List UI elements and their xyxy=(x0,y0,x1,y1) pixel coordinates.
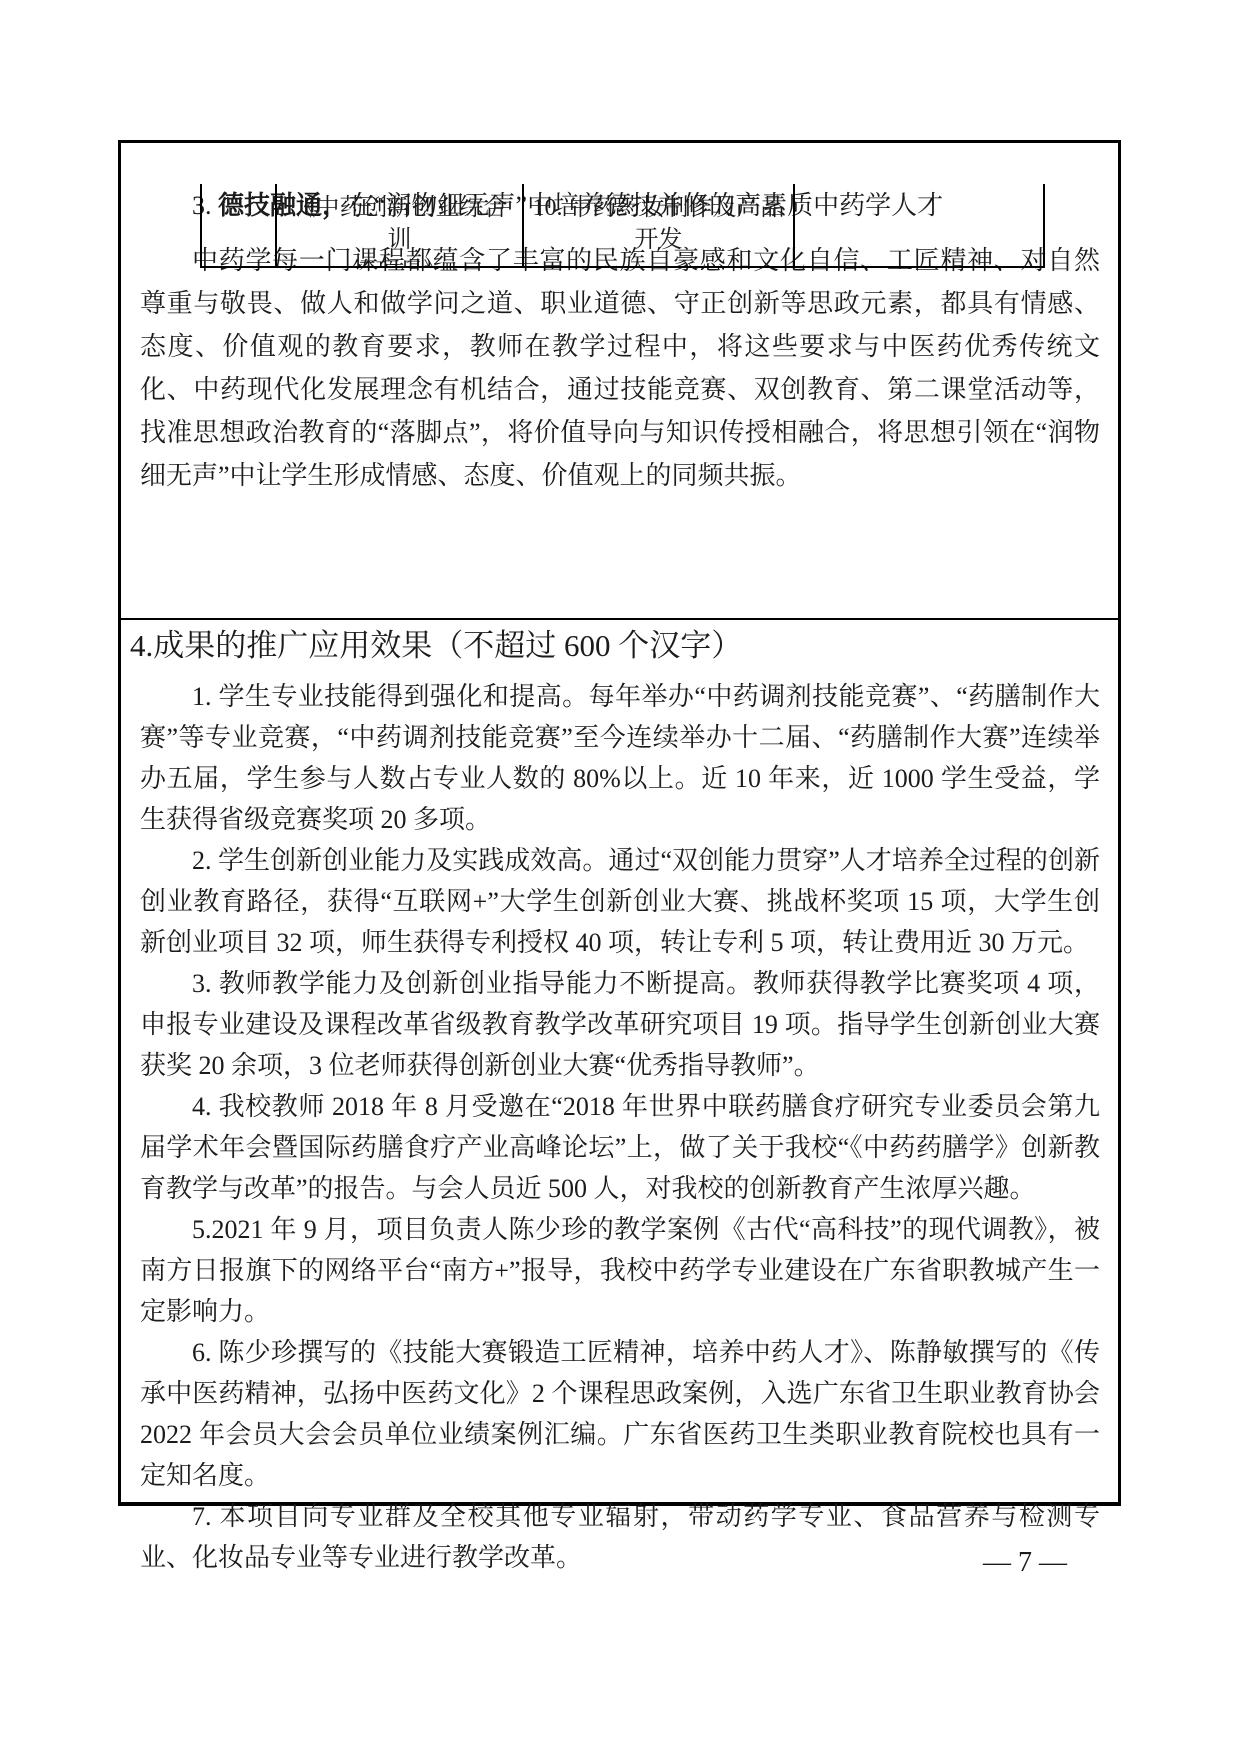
section4-paragraph-2: 2. 学生创新创业能力及实践成效高。通过“双创能力贯穿”人才培养全过程的创新创业… xyxy=(140,840,1100,963)
section4-paragraph-5: 5.2021 年 9 月，项目负责人陈少珍的教学案例《古代“高科技”的现代调教》… xyxy=(140,1209,1100,1332)
course-table-fragment: 《中药创新创业综合训 练项目》 10. 中药药妆制作及产品 开发 xyxy=(200,184,1045,268)
section4-paragraph-4: 4. 我校教师 2018 年 8 月受邀在“2018 年世界中联药膳食疗研究专业… xyxy=(140,1086,1100,1209)
section4-paragraph-1: 1. 学生专业技能得到强化和提高。每年举办“中药调剂技能竞赛”、“药膳制作大赛”… xyxy=(140,676,1100,840)
table-cell-empty-left xyxy=(202,184,277,266)
table-cell-empty-right xyxy=(795,184,1043,266)
table-cell-project-item: 10. 中药药妆制作及产品 开发 xyxy=(524,184,795,266)
form-table: 《中药创新创业综合训 练项目》 10. 中药药妆制作及产品 开发 3. 德技融通… xyxy=(118,140,1121,1506)
section4-paragraph-6: 6. 陈少珍撰写的《技能大赛锻造工匠精神，培养中药人才》、陈静敏撰写的《传承中医… xyxy=(140,1332,1100,1496)
section3-paragraph: 中药学每一门课程都蕴含了丰富的民族自豪感和文化自信、工匠精神、对自然尊重与敬畏、… xyxy=(140,239,1100,497)
page-number: — 7 — xyxy=(950,1545,1100,1581)
section3-cell: 《中药创新创业综合训 练项目》 10. 中药药妆制作及产品 开发 3. 德技融通… xyxy=(121,184,1118,618)
section4-paragraph-3: 3. 教师教学能力及创新创业指导能力不断提高。教师获得教学比赛奖项 4 项，申报… xyxy=(140,963,1100,1086)
section4-cell: 4.成果的推广应用效果（不超过 600 个汉字） 1. 学生专业技能得到强化和提… xyxy=(121,618,1118,1578)
section4-title: 4.成果的推广应用效果（不超过 600 个汉字） xyxy=(130,623,1102,669)
table-cell-course-title: 《中药创新创业综合训 练项目》 xyxy=(277,184,524,266)
document-page: 《中药创新创业综合训 练项目》 10. 中药药妆制作及产品 开发 3. 德技融通… xyxy=(0,0,1240,1753)
